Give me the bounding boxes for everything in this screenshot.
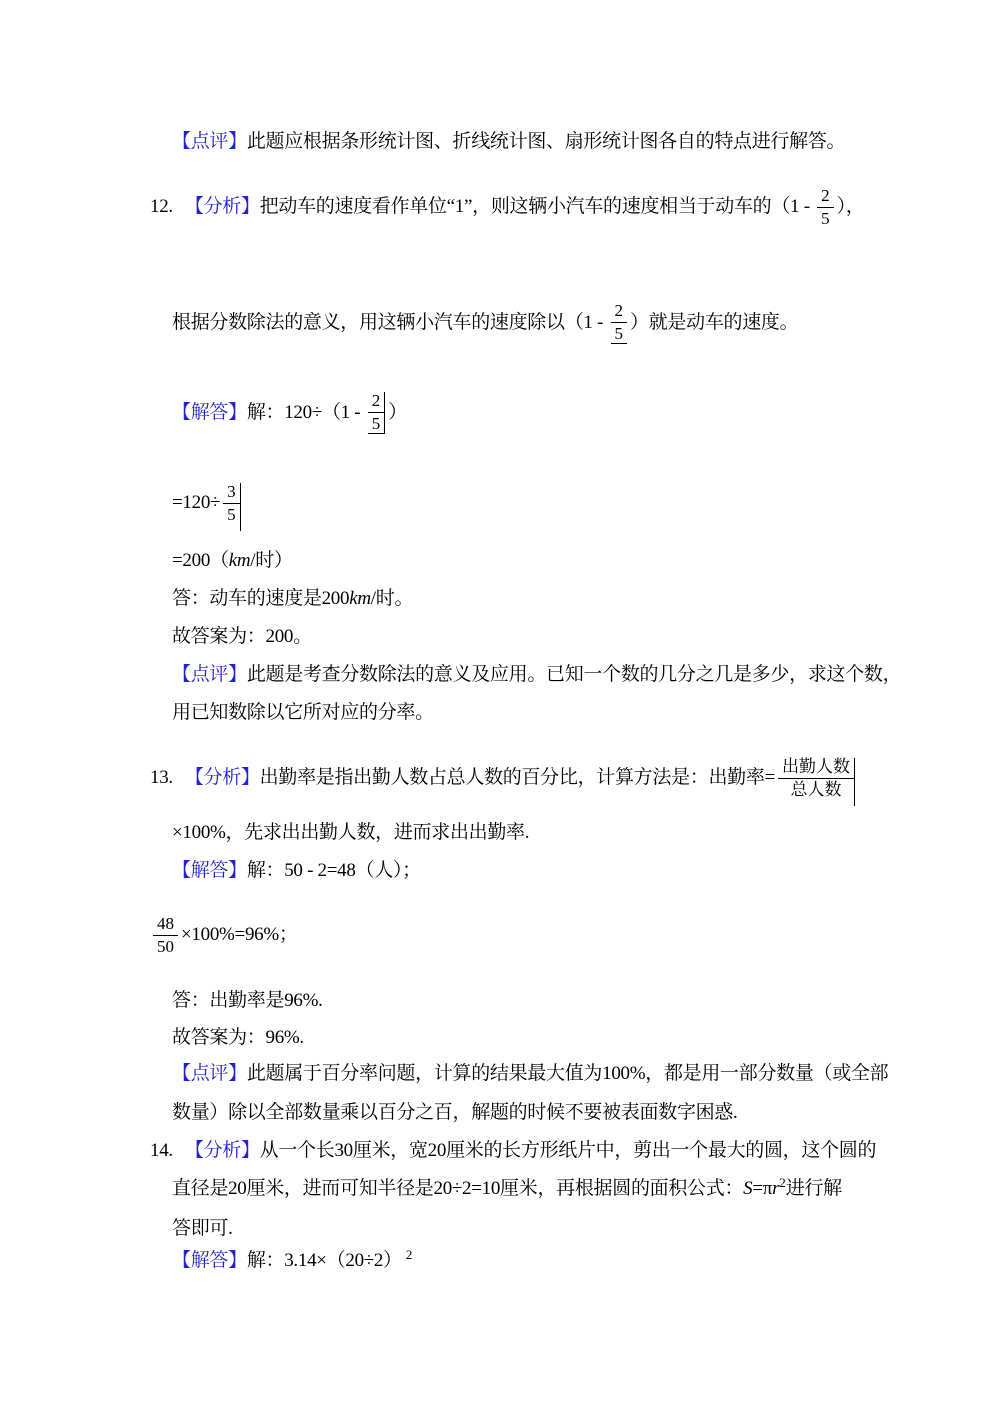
fraction-denominator: 5 <box>611 323 628 344</box>
text-segment: ） <box>388 402 407 425</box>
q12-comment-line-1: 【点评】此题是考查分数除法的意义及应用。已知一个数的几分之几是多少，求这个数， <box>172 664 901 687</box>
text-segment: 数量）除以全部数量乘以百分之百，解题的时候不要被表面数字困惑. <box>172 1102 737 1125</box>
text-segment: 此题应根据条形统计图、折线统计图、扇形统计图各自的特点进行解答。 <box>247 131 845 154</box>
text-segment: /时。 <box>371 588 413 611</box>
text-segment: 答：出勤率是96%. <box>172 990 323 1013</box>
q13-solve-line-1: 【解答】解：50 - 2=48（人）； <box>172 860 421 883</box>
document-page: 【点评】此题应根据条形统计图、折线统计图、扇形统计图各自的特点进行解答。 12.… <box>0 0 1000 1415</box>
comment-label: 【点评】 <box>172 131 247 154</box>
fraction-denominator: 5 <box>368 413 385 434</box>
fraction: 4850 <box>153 915 178 956</box>
text-segment: 此题是考查分数除法的意义及应用。已知一个数的几分之几是多少，求这个数， <box>247 664 902 687</box>
answer-label: 【解答】 <box>172 402 247 425</box>
fraction: 出勤人数总人数 <box>778 758 855 807</box>
variable-italic: S <box>743 1178 752 1201</box>
superscript: 2 <box>779 1175 786 1191</box>
text-segment: 直径是20厘米，进而可知半径是20÷2=10厘米，再根据圆的面积公式： <box>172 1178 743 1201</box>
q14-solve-line: 【解答】解：3.14×（20÷2）2 <box>172 1250 412 1273</box>
comment-label: 【点评】 <box>172 664 247 687</box>
q14-analysis-line-1: 14.【分析】从一个长30厘米，宽20厘米的长方形纸片中，剪出一个最大的圆，这个… <box>150 1140 876 1163</box>
text-segment: 出勤率是指出勤人数占总人数的百分比，计算方法是：出勤率= <box>260 767 775 790</box>
unit-italic: km <box>229 550 251 573</box>
q12-analysis-line-1: 12.【分析】把动车的速度看作单位“1”，则这辆小汽车的速度相当于动车的（1 -… <box>150 178 865 236</box>
q11-comment-line: 【点评】此题应根据条形统计图、折线统计图、扇形统计图各自的特点进行解答。 <box>172 131 845 154</box>
q12-solve-line: 【解答】解：120÷（1 - 25） <box>172 383 407 443</box>
text-segment: ×100%=96%； <box>181 924 298 947</box>
text-segment: 答即可. <box>172 1218 233 1241</box>
text-segment: 此题属于百分率问题，计算的结果最大值为100%，都是用一部分数量（或全部 <box>247 1063 889 1086</box>
text-segment: 故答案为：96%. <box>172 1027 304 1050</box>
text-segment: 根据分数除法的意义，用这辆小汽车的速度除以（1 - <box>172 312 608 335</box>
q14-analysis-line-2: 直径是20厘米，进而可知半径是20÷2=10厘米，再根据圆的面积公式：S=πr2… <box>172 1178 842 1201</box>
text-segment: 进行解 <box>786 1178 842 1201</box>
q12-analysis-line-2: 根据分数除法的意义，用这辆小汽车的速度除以（1 - 25）就是动车的速度。 <box>172 291 798 355</box>
text-segment: 解：120÷（1 - <box>247 402 365 425</box>
answer-label: 【解答】 <box>172 860 247 883</box>
fraction: 25 <box>817 187 834 228</box>
fraction: 25 <box>368 392 386 434</box>
fraction-numerator: 出勤人数 <box>778 758 854 779</box>
text-segment: 答：动车的速度是200 <box>172 588 349 611</box>
question-number: 12. <box>150 196 173 219</box>
q12-step-line-2: =200（km/时） <box>172 550 293 573</box>
q13-analysis-line-1: 13.【分析】出勤率是指出勤人数占总人数的百分比，计算方法是：出勤率=出勤人数总… <box>150 746 858 810</box>
q13-comment-line-2: 数量）除以全部数量乘以百分之百，解题的时候不要被表面数字困惑. <box>172 1102 737 1125</box>
fraction-denominator: 50 <box>153 936 178 956</box>
superscript: 2 <box>406 1247 413 1263</box>
fraction-numerator: 2 <box>611 302 628 323</box>
q13-final-line: 故答案为：96%. <box>172 1027 304 1050</box>
fraction-denominator: 总人数 <box>787 779 846 799</box>
q13-solve-line-2: 4850×100%=96%； <box>150 904 298 966</box>
fraction-denominator: 5 <box>817 208 834 228</box>
text-segment: 用已知数除以它所对应的分率。 <box>172 702 434 725</box>
question-number: 14. <box>150 1140 173 1163</box>
comment-label: 【点评】 <box>172 1063 247 1086</box>
text-segment: ）就是动车的速度。 <box>630 312 798 335</box>
unit-italic: km <box>349 588 371 611</box>
text-segment: 解：50 - 2=48（人）； <box>247 860 421 883</box>
answer-label: 【解答】 <box>172 1250 247 1273</box>
fraction-numerator: 48 <box>153 915 178 936</box>
text-segment: /时） <box>250 550 292 573</box>
analysis-label: 【分析】 <box>185 767 260 790</box>
text-segment: ）， <box>837 196 865 219</box>
fraction: 25 <box>611 302 628 344</box>
text-segment: =π <box>752 1178 772 1201</box>
q12-comment-line-2: 用已知数除以它所对应的分率。 <box>172 702 434 725</box>
q13-analysis-line-2: ×100%，先求出出勤人数，进而求出出勤率. <box>172 822 529 845</box>
q14-analysis-line-3: 答即可. <box>172 1218 233 1241</box>
fraction: 35 <box>223 483 241 532</box>
text-segment: 故答案为：200。 <box>172 626 312 649</box>
fraction-numerator: 2 <box>817 187 834 208</box>
text-segment: 从一个长30厘米，宽20厘米的长方形纸片中，剪出一个最大的圆，这个圆的 <box>260 1140 877 1163</box>
analysis-label: 【分析】 <box>185 1140 260 1163</box>
question-number: 13. <box>150 767 173 790</box>
variable-italic: r <box>772 1178 779 1201</box>
fraction-numerator: 2 <box>368 392 385 413</box>
text-segment: 解：3.14×（20÷2） <box>247 1250 402 1273</box>
q12-step-line-1: =120÷35 <box>172 468 244 538</box>
q12-final-line: 故答案为：200。 <box>172 626 312 649</box>
text-segment: =200（ <box>172 550 229 573</box>
analysis-label: 【分析】 <box>185 196 260 219</box>
text-segment: =120÷ <box>172 492 220 515</box>
q13-comment-line-1: 【点评】此题属于百分率问题，计算的结果最大值为100%，都是用一部分数量（或全部 <box>172 1063 888 1086</box>
text-segment: 把动车的速度看作单位“1”，则这辆小汽车的速度相当于动车的（1 - <box>260 196 815 219</box>
q13-answer-line: 答：出勤率是96%. <box>172 990 323 1013</box>
text-segment: ×100%，先求出出勤人数，进而求出出勤率. <box>172 822 529 845</box>
q12-answer-line: 答：动车的速度是200km/时。 <box>172 588 413 611</box>
fraction-denominator: 5 <box>223 504 240 524</box>
fraction-numerator: 3 <box>223 483 240 504</box>
